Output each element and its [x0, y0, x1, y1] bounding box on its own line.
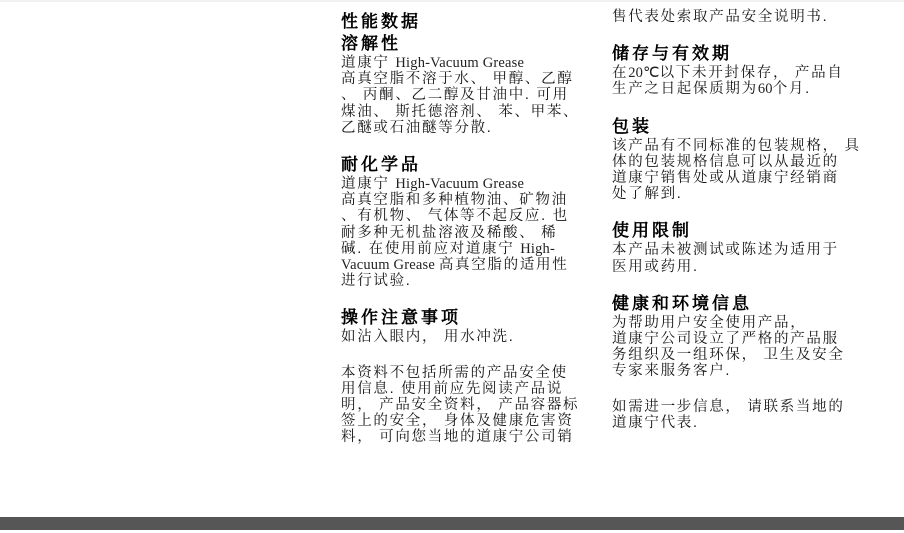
- text-line: 进行试验.: [341, 273, 586, 289]
- text-line: 碱. 在使用前应对道康宁 High-: [341, 241, 586, 257]
- text-line: 专家来服务客户.: [612, 363, 857, 379]
- paragraph: 为帮助用户安全使用产品，道康宁公司设立了严格的产品服务组织及一组环保， 卫生及安…: [612, 315, 857, 380]
- cjk-text-segment: 耐多种无机盐溶液及稀酸、 稀: [341, 225, 557, 241]
- section-heading: 溶解性: [341, 35, 586, 53]
- text-line: 料， 可向您当地的道康宁公司销: [341, 429, 586, 445]
- cjk-text-segment: 务组织及一组环保， 卫生及安全: [612, 347, 845, 363]
- cjk-text-segment: 高真空脂和多种植物油、矿物油: [341, 192, 568, 208]
- section-heading: 耐化学品: [341, 156, 586, 174]
- cjk-text-segment: 、有机物、 气体等不起反应. 也: [341, 208, 569, 224]
- text-line: 道康宁公司设立了严格的产品服: [612, 331, 857, 347]
- latin-text-segment: Vacuum Grease: [341, 257, 439, 273]
- text-line: 耐多种无机盐溶液及稀酸、 稀: [341, 225, 586, 241]
- cjk-text-segment: 本产品未被测试或陈述为适用于: [612, 242, 839, 258]
- cjk-text-segment: 碱. 在使用前应对道康宁: [341, 241, 520, 257]
- text-line: 高真空脂和多种植物油、矿物油: [341, 192, 586, 208]
- cjk-text-segment: 本资料不包括所需的产品安全使: [341, 365, 568, 381]
- text-line: 体的包装规格信息可以从最近的: [612, 154, 857, 170]
- text-line: 务组织及一组环保， 卫生及安全: [612, 347, 857, 363]
- section-heading: 操作注意事项: [341, 309, 586, 327]
- section-heading: 性能数据: [341, 13, 586, 31]
- paragraph: 本产品未被测试或陈述为适用于医用或药用.: [612, 242, 857, 274]
- cjk-text-segment: 进行试验.: [341, 273, 412, 289]
- latin-text-segment: High-Vacuum Grease: [395, 176, 524, 192]
- text-line: 道康宁代表.: [612, 415, 857, 431]
- cjk-text-segment: 高真空脂的适用性: [439, 257, 569, 273]
- paragraph: 售代表处索取产品安全说明书.: [612, 9, 857, 25]
- cjk-text-segment: 道康宁: [341, 176, 395, 192]
- cjk-text-segment: 以下未开封保存， 产品自: [660, 65, 844, 81]
- section-heading: 使用限制: [612, 222, 857, 240]
- left-column: 性能数据溶解性道康宁 High-Vacuum Grease高真空脂不溶于水、 甲…: [341, 0, 586, 446]
- text-line: 道康宁销售处或从道康宁经销商: [612, 170, 857, 186]
- text-line: 在20℃以下未开封保存， 产品自: [612, 65, 857, 81]
- text-line: 处了解到.: [612, 186, 857, 202]
- cjk-text-segment: 煤油、 斯托德溶剂、 苯、甲苯、: [341, 104, 579, 120]
- cjk-text-segment: 、 丙酮、乙二醇及甘油中. 可用: [341, 87, 569, 103]
- text-line: 、有机物、 气体等不起反应. 也: [341, 208, 586, 224]
- latin-text-segment: 60: [758, 81, 773, 97]
- text-line: 为帮助用户安全使用产品，: [612, 315, 857, 331]
- cjk-text-segment: 售代表处索取产品安全说明书.: [612, 9, 828, 25]
- paragraph: 如需进一步信息， 请联系当地的道康宁代表.: [612, 399, 857, 431]
- cjk-text-segment: 明， 产品安全资料， 产品容器标: [341, 397, 579, 413]
- text-line: 如需进一步信息， 请联系当地的: [612, 399, 857, 415]
- text-line: 明， 产品安全资料， 产品容器标: [341, 397, 586, 413]
- latin-text-segment: 20℃: [628, 65, 659, 81]
- paragraph: 道康宁 High-Vacuum Grease高真空脂不溶于水、 甲醇、乙醇、 丙…: [341, 55, 586, 136]
- text-line: 道康宁 High-Vacuum Grease: [341, 176, 586, 192]
- cjk-text-segment: 处了解到.: [612, 186, 683, 202]
- paragraph: 如沾入眼内， 用水冲洗.: [341, 329, 586, 345]
- cjk-text-segment: 体的包装规格信息可以从最近的: [612, 154, 839, 170]
- section-heading: 储存与有效期: [612, 45, 857, 63]
- text-line: 该产品有不同标准的包装规格， 具: [612, 138, 857, 154]
- latin-text-segment: High-Vacuum Grease: [395, 55, 524, 71]
- cjk-text-segment: 道康宁公司设立了严格的产品服: [612, 331, 839, 347]
- text-line: 签上的安全， 身体及健康危害资: [341, 413, 586, 429]
- cjk-text-segment: 如需进一步信息， 请联系当地的: [612, 399, 845, 415]
- section-heading: 健康和环境信息: [612, 295, 857, 313]
- paragraph: 道康宁 High-Vacuum Grease高真空脂和多种植物油、矿物油、有机物…: [341, 176, 586, 289]
- cjk-text-segment: 个月.: [773, 81, 811, 97]
- cjk-text-segment: 该产品有不同标准的包装规格， 具: [612, 138, 861, 154]
- text-line: 高真空脂不溶于水、 甲醇、乙醇: [341, 71, 586, 87]
- text-line: 、 丙酮、乙二醇及甘油中. 可用: [341, 87, 586, 103]
- cjk-text-segment: 用信息. 使用前应先阅读产品说: [341, 381, 563, 397]
- section-heading: 包装: [612, 118, 857, 136]
- paragraph: 在20℃以下未开封保存， 产品自生产之日起保质期为60个月.: [612, 65, 857, 97]
- page-bottom-bar: [0, 517, 904, 530]
- text-line: 煤油、 斯托德溶剂、 苯、甲苯、: [341, 104, 586, 120]
- text-line: 如沾入眼内， 用水冲洗.: [341, 329, 586, 345]
- latin-text-segment: High-: [520, 241, 555, 257]
- text-line: Vacuum Grease 高真空脂的适用性: [341, 257, 586, 273]
- right-column: 售代表处索取产品安全说明书.储存与有效期在20℃以下未开封保存， 产品自生产之日…: [612, 0, 857, 431]
- text-line: 售代表处索取产品安全说明书.: [612, 9, 857, 25]
- text-line: 医用或药用.: [612, 259, 857, 275]
- paragraph: 该产品有不同标准的包装规格， 具体的包装规格信息可以从最近的道康宁销售处或从道康…: [612, 138, 857, 203]
- cjk-text-segment: 生产之日起保质期为: [612, 81, 758, 97]
- cjk-text-segment: 在: [612, 65, 628, 81]
- cjk-text-segment: 为帮助用户安全使用产品，: [612, 315, 806, 331]
- text-line: 本资料不包括所需的产品安全使: [341, 365, 586, 381]
- cjk-text-segment: 道康宁: [341, 55, 395, 71]
- cjk-text-segment: 道康宁代表.: [612, 415, 699, 431]
- cjk-text-segment: 医用或药用.: [612, 259, 699, 275]
- cjk-text-segment: 乙醚或石油醚等分散.: [341, 120, 493, 136]
- cjk-text-segment: 高真空脂不溶于水、 甲醇、乙醇: [341, 71, 574, 87]
- cjk-text-segment: 如沾入眼内， 用水冲洗.: [341, 329, 514, 345]
- text-line: 用信息. 使用前应先阅读产品说: [341, 381, 586, 397]
- text-line: 乙醚或石油醚等分散.: [341, 120, 586, 136]
- text-line: 生产之日起保质期为60个月.: [612, 81, 857, 97]
- text-line: 道康宁 High-Vacuum Grease: [341, 55, 586, 71]
- cjk-text-segment: 料， 可向您当地的道康宁公司销: [341, 429, 574, 445]
- cjk-text-segment: 道康宁销售处或从道康宁经销商: [612, 170, 839, 186]
- paragraph: 本资料不包括所需的产品安全使用信息. 使用前应先阅读产品说明， 产品安全资料， …: [341, 365, 586, 446]
- cjk-text-segment: 专家来服务客户.: [612, 363, 731, 379]
- cjk-text-segment: 签上的安全， 身体及健康危害资: [341, 413, 574, 429]
- text-line: 本产品未被测试或陈述为适用于: [612, 242, 857, 258]
